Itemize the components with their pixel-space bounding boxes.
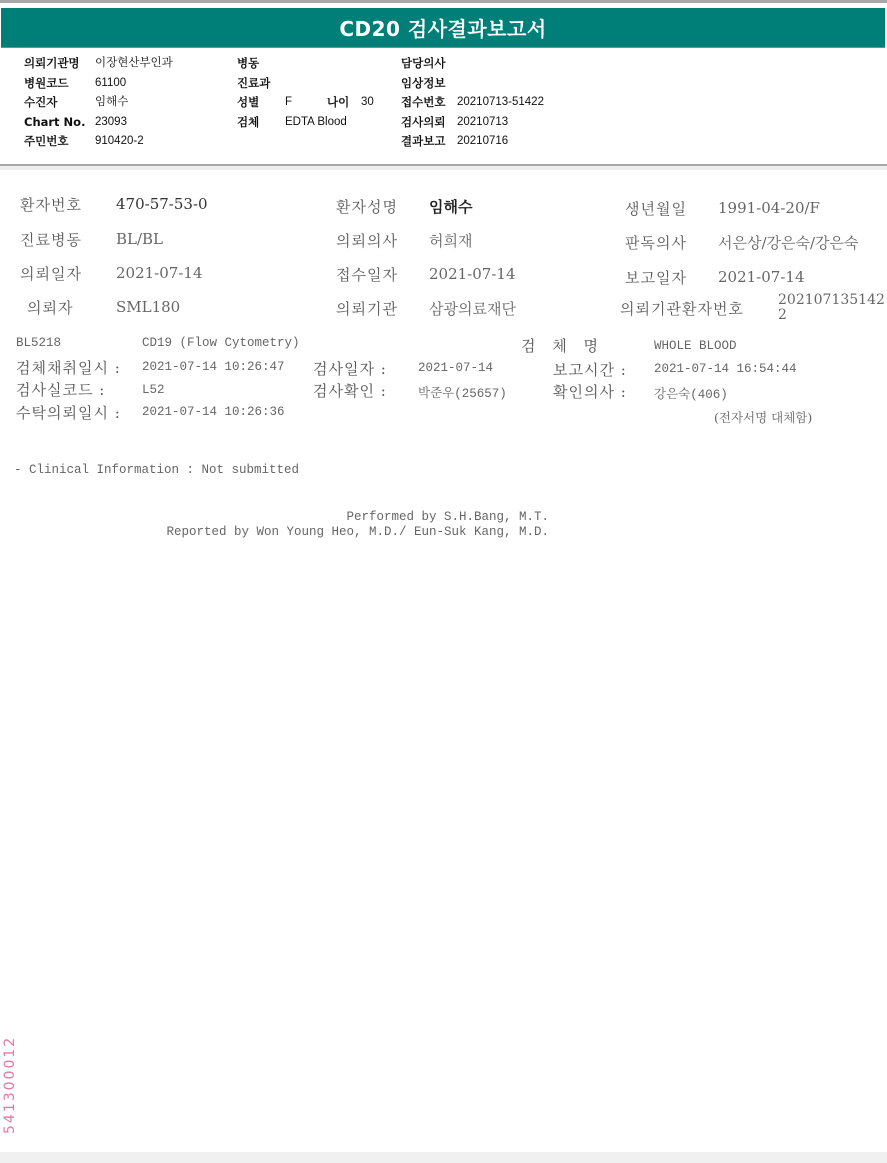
label-ref-date: 의뢰일자 bbox=[20, 265, 82, 283]
label-chart-no: Chart No. bbox=[24, 113, 95, 133]
requester-label-wrap: 의뢰자 bbox=[27, 297, 73, 318]
label-resident-no: 주민번호 bbox=[24, 132, 95, 152]
report-date-label-wrap: 보고일자 bbox=[625, 267, 687, 288]
label-ref-org-patient-no: 의뢰기관환자번호 bbox=[620, 300, 744, 318]
value-chart-no: 23093 bbox=[95, 113, 127, 133]
label-patient-name: 환자성명 bbox=[336, 198, 398, 216]
label-confirm-doctor: 확인의사 : bbox=[553, 381, 627, 402]
value-age: 30 bbox=[361, 93, 374, 113]
value-birth: 1991-04-20/F bbox=[718, 199, 820, 217]
ref-doctor-label-wrap: 의뢰의사 bbox=[336, 230, 398, 251]
report-date-value-wrap: 2021-07-14 bbox=[718, 268, 804, 286]
label-verify: 검사확인 : bbox=[313, 380, 387, 401]
ref-org-label-wrap: 의뢰기관 bbox=[336, 298, 398, 319]
value-resident-no: 910420-2 bbox=[95, 132, 144, 152]
top-rule bbox=[0, 0, 887, 3]
label-collect-time: 검체채취일시 : bbox=[16, 357, 121, 378]
label-recv-date: 접수일자 bbox=[336, 266, 398, 284]
value-verify: 박준우(25657) bbox=[418, 383, 507, 401]
value-test-date: 2021-07-14 bbox=[418, 361, 493, 375]
recv-date-label-wrap: 접수일자 bbox=[336, 264, 398, 285]
value-collect-time: 2021-07-14 10:26:47 bbox=[142, 360, 285, 374]
ref-doctor-value-wrap: 허희재 bbox=[429, 230, 472, 251]
label-org-name: 의뢰기관명 bbox=[24, 54, 95, 74]
ref-org-value-wrap: 삼광의료재단 bbox=[429, 298, 516, 319]
label-attending-doctor: 담당의사 bbox=[401, 54, 457, 74]
label-requester: 의뢰자 bbox=[27, 299, 73, 317]
e-signature-note: (전자서명 대체함) bbox=[714, 408, 812, 426]
header-column-2: 병동 진료과 성별 F 나이 30 검체EDTA Blood bbox=[237, 54, 374, 132]
label-ref-doctor: 의뢰의사 bbox=[336, 232, 398, 250]
requester-value-wrap: SML180 bbox=[116, 298, 180, 316]
label-ref-org: 의뢰기관 bbox=[336, 300, 398, 318]
patient-name-value-wrap: 임해수 bbox=[429, 196, 472, 217]
test-code: BL5218 bbox=[16, 336, 61, 350]
performed-by: Performed by S.H.Bang, M.T. bbox=[0, 510, 549, 524]
value-consign-time: 2021-07-14 10:26:36 bbox=[142, 405, 285, 419]
test-name: CD19 (Flow Cytometry) bbox=[142, 336, 300, 350]
patient-name-label-wrap: 환자성명 bbox=[336, 196, 398, 217]
report-title-band: CD20 검사결과보고서 bbox=[1, 8, 885, 48]
ref-date-label-wrap: 의뢰일자 bbox=[20, 263, 82, 284]
value-ref-org-patient-no-line1: 202107135142 bbox=[778, 293, 885, 308]
label-patient-no: 환자번호 bbox=[20, 196, 82, 214]
value-recv-date: 2021-07-14 bbox=[429, 265, 515, 283]
value-ward-bl: BL/BL bbox=[116, 230, 163, 248]
ref-org-pt-label-wrap: 의뢰기관환자번호 bbox=[620, 298, 744, 319]
birth-value-wrap: 1991-04-20/F bbox=[718, 199, 820, 217]
header-column-3: 담당의사 임상정보 접수번호20210713-51422 검사의뢰2021071… bbox=[401, 54, 544, 152]
recv-date-value-wrap: 2021-07-14 bbox=[429, 265, 515, 283]
value-reading-doctor: 서은상/강은숙/강은숙 bbox=[718, 234, 859, 252]
label-result-report: 결과보고 bbox=[401, 132, 457, 152]
value-receipt-no: 20210713-51422 bbox=[457, 93, 544, 113]
label-specimen-name: 검 체 명 bbox=[521, 335, 599, 356]
value-patient-no: 470-57-53-0 bbox=[116, 195, 208, 213]
label-birth: 생년월일 bbox=[625, 200, 687, 218]
ref-date-value-wrap: 2021-07-14 bbox=[116, 264, 202, 282]
label-test-date: 검사일자 : bbox=[313, 358, 387, 379]
value-ref-doctor: 허희재 bbox=[429, 232, 472, 250]
value-org-name: 이장현산부인과 bbox=[95, 54, 173, 74]
header-column-1: 의뢰기관명이장현산부인과 병원코드61100 수진자임해수 Chart No.2… bbox=[24, 54, 173, 152]
label-report-time: 보고시간 : bbox=[553, 359, 627, 380]
reported-by: Reported by Won Young Heo, M.D./ Eun-Suk… bbox=[0, 525, 549, 539]
section-divider-band bbox=[0, 166, 887, 170]
label-hospital-code: 병원코드 bbox=[24, 74, 95, 94]
label-receipt-no: 접수번호 bbox=[401, 93, 457, 113]
label-lab-code: 검사실코드 : bbox=[16, 379, 105, 400]
value-specimen: EDTA Blood bbox=[285, 113, 347, 133]
value-ref-org: 삼광의료재단 bbox=[429, 300, 516, 318]
label-report-date: 보고일자 bbox=[625, 269, 687, 287]
report-title: CD20 검사결과보고서 bbox=[339, 13, 546, 42]
value-hospital-code: 61100 bbox=[95, 74, 126, 94]
value-patient-name: 임해수 bbox=[429, 198, 472, 216]
label-clinical-info: 임상정보 bbox=[401, 74, 457, 94]
ward-value-wrap: BL/BL bbox=[116, 230, 163, 248]
value-lab-code: L52 bbox=[142, 383, 165, 397]
value-report-time: 2021-07-14 16:54:44 bbox=[654, 362, 797, 376]
reading-doctor-label-wrap: 판독의사 bbox=[625, 232, 687, 253]
label-consign-time: 수탁의뢰일시 : bbox=[16, 402, 121, 423]
patient-no-text: 470-57-53-0 bbox=[116, 195, 208, 213]
footer-band bbox=[0, 1152, 887, 1163]
value-ref-org-patient-no-line2: 2 bbox=[778, 308, 885, 323]
label-department: 진료과 bbox=[237, 74, 285, 94]
label-specimen: 검체 bbox=[237, 113, 285, 133]
label-ward: 병동 bbox=[237, 54, 285, 74]
value-sex: F bbox=[285, 93, 327, 113]
value-confirm-doctor: 강은숙(406) bbox=[654, 384, 728, 402]
ref-org-pt-value-wrap: 202107135142 2 bbox=[778, 293, 885, 323]
label-reading-doctor: 판독의사 bbox=[625, 234, 687, 252]
value-test-request: 20210713 bbox=[457, 113, 508, 133]
side-barcode-number: 541300012 bbox=[2, 1025, 18, 1145]
value-examinee: 임해수 bbox=[95, 93, 128, 113]
ward-label-wrap: 진료병동 bbox=[20, 229, 82, 250]
patient-no-row: 환자번호 bbox=[20, 194, 82, 215]
label-age: 나이 bbox=[327, 93, 361, 113]
value-result-report: 20210716 bbox=[457, 132, 508, 152]
label-examinee: 수진자 bbox=[24, 93, 95, 113]
value-ref-date: 2021-07-14 bbox=[116, 264, 202, 282]
value-requester: SML180 bbox=[116, 298, 180, 316]
label-ward-bl: 진료병동 bbox=[20, 231, 82, 249]
label-test-request: 검사의뢰 bbox=[401, 113, 457, 133]
reading-doctor-value-wrap: 서은상/강은숙/강은숙 bbox=[718, 232, 859, 253]
value-specimen-name: WHOLE BLOOD bbox=[654, 339, 737, 353]
label-sex: 성별 bbox=[237, 93, 285, 113]
value-report-date: 2021-07-14 bbox=[718, 268, 804, 286]
clinical-information: - Clinical Information : Not submitted bbox=[14, 463, 299, 477]
birth-label-wrap: 생년월일 bbox=[625, 198, 687, 219]
